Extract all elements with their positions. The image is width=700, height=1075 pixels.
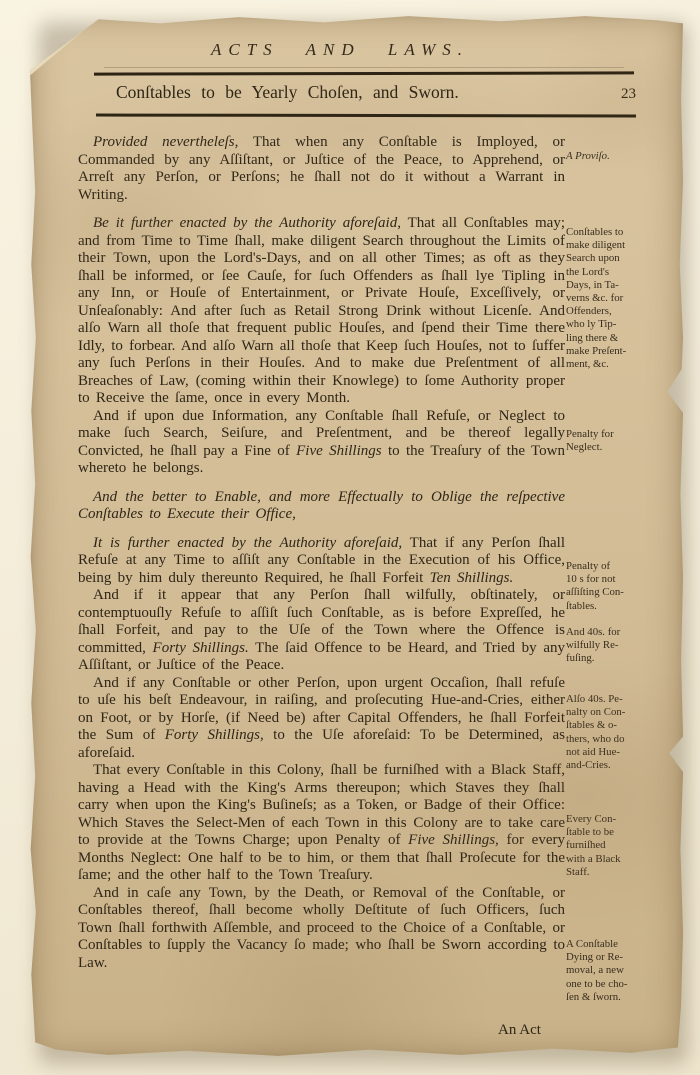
paragraph: That every Conſtable in this Colony, ſha…	[78, 762, 565, 885]
title-bar: Conſtables to be Yearly Choſen, and Swor…	[30, 82, 636, 103]
margin-note: Alſo 40s. Pe- nalty on Con- ſtables & o-…	[566, 693, 670, 772]
paragraph: Provided nevertheleſs, That when any Con…	[78, 134, 565, 204]
text-segment: Five Shillings,	[408, 832, 499, 848]
horizontal-rule-top	[94, 71, 634, 75]
section-title: Conſtables to be Yearly Choſen, and Swor…	[116, 82, 459, 103]
margin-notes-column: A Proviſo. Conſtables to make diligent S…	[566, 14, 670, 1058]
paragraph: Be it further enacted by the Authority a…	[78, 215, 565, 408]
scan-background: ACTS AND LAWS. Conſtables to be Yearly C…	[0, 0, 700, 1075]
text-segment: And in caſe any Town, by the Death, or R…	[78, 885, 565, 971]
text-segment: That all Conſtables may; and from Time t…	[78, 215, 565, 406]
margin-note: Conſtables to make diligent Search upon …	[566, 226, 670, 371]
margin-note: A Proviſo.	[566, 150, 670, 163]
paragraph: It is further enacted by the Authority a…	[78, 535, 565, 588]
text-segment: Be it further enacted by the Authority a…	[93, 215, 401, 231]
paragraph: And in caſe any Town, by the Death, or R…	[78, 885, 565, 973]
body-text: Provided nevertheleſs, That when any Con…	[78, 134, 565, 972]
text-segment: It is further enacted by the Authority a…	[93, 535, 402, 551]
text-segment: Forty Shillings.	[153, 640, 249, 656]
rule-ghost-line	[104, 67, 624, 68]
text-segment: Five Shillings	[296, 443, 382, 459]
paragraph: And the better to Enable, and more Effec…	[78, 489, 565, 524]
horizontal-rule-under-title	[96, 114, 636, 117]
paragraph: And if any Conſtable or other Perſon, up…	[78, 675, 565, 763]
margin-note: Penalty of 10 s for not aſſiſting Con- ſ…	[566, 560, 670, 613]
page: ACTS AND LAWS. Conſtables to be Yearly C…	[30, 14, 683, 1058]
paragraph: And if upon due Information, any Conſtab…	[78, 408, 565, 478]
running-head: ACTS AND LAWS.	[30, 40, 650, 60]
margin-note: And 40s. for wilfully Re- fuſing.	[566, 626, 670, 666]
text-segment: Forty Shillings,	[165, 727, 264, 743]
margin-note: A Conſtable Dying or Re- moval, a new on…	[566, 938, 670, 1004]
catchword: An Act	[498, 1022, 541, 1039]
text-segment: Provided nevertheleſs,	[93, 134, 238, 150]
margin-note: Penalty for Neglect.	[566, 428, 670, 454]
text-segment: And the better to Enable, and more Effec…	[78, 489, 565, 523]
paragraph: And if it appear that any Perſon ſhall w…	[78, 587, 565, 675]
text-segment: Ten Shillings.	[430, 570, 514, 586]
margin-note: Every Con- ſtable to be furniſhed with a…	[566, 813, 670, 879]
